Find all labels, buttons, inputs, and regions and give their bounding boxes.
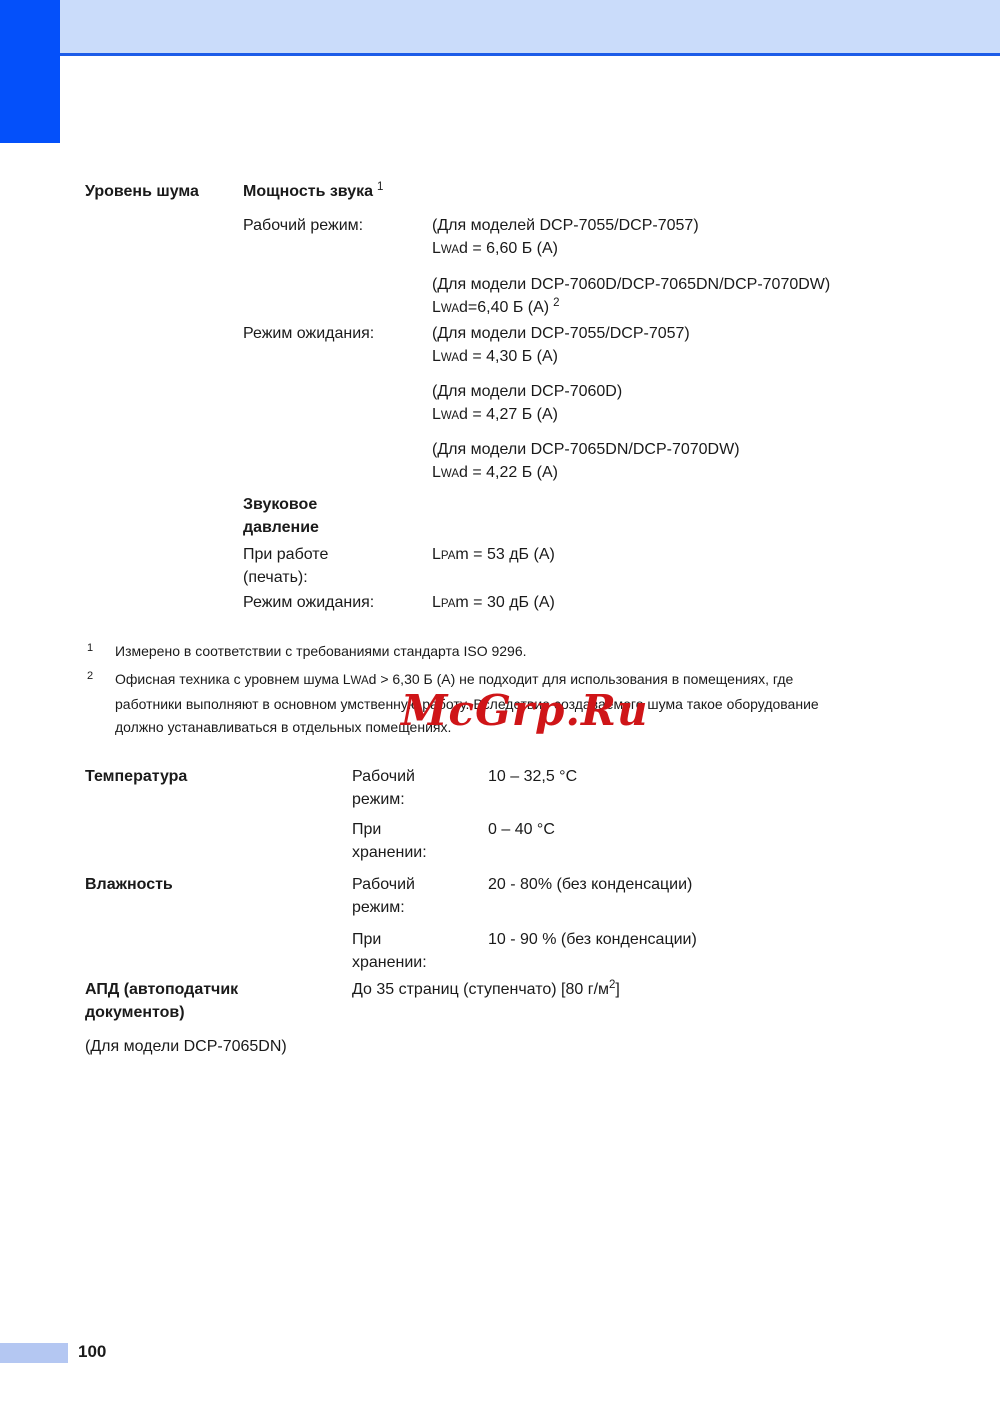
spec-name-adf: АПД (автоподатчик документов) <box>85 978 352 1024</box>
working-mode-label: Рабочий режим: <box>243 214 432 321</box>
noise-value-block: (Для модели DCP-7060D) LWAd = 4,27 Б (А) <box>432 380 987 428</box>
manual-page: Уровень шума Мощность звука1 Рабочий реж… <box>0 0 1000 1413</box>
spec-value: 10 – 32,5 °C <box>488 765 987 811</box>
noise-value-block: (Для моделей DCP-7055/DCP-7057) LWAd = 6… <box>432 214 987 262</box>
standby-mode-row: Режим ожидания: (Для модели DCP-7055/DCP… <box>85 322 987 486</box>
spec-label: Рабочий режим: <box>352 873 488 919</box>
adf-row: АПД (автоподатчик документов) До 35 стра… <box>85 978 987 1024</box>
watermark: McGrp.Ru <box>401 690 649 732</box>
spec-name-humidity: Влажность <box>85 873 352 919</box>
model-line: (Для модели DCP-7060D) <box>432 380 987 403</box>
value-line: LWAd = 4,22 Б (А) <box>432 461 987 486</box>
footnote-ref-2: 2 <box>553 297 559 309</box>
footnote-1-text: Измерено в соответствии с требованиями с… <box>115 643 527 659</box>
spec-value: 20 - 80% (без конденсации) <box>488 873 987 919</box>
footnote-1: 1 Измерено в соответствии с требованиями… <box>85 640 897 663</box>
value-line: LWAd = 4,27 Б (А) <box>432 403 987 428</box>
temperature-row-1: Температура Рабочий режим: 10 – 32,5 °C <box>85 765 987 811</box>
spec-label: При хранении: <box>352 818 488 864</box>
noise-value-block: (Для модели DCP-7060D/DCP-7065DN/DCP-707… <box>432 273 987 321</box>
value-line: LWAd=6,40 Б (А)2 <box>432 296 987 321</box>
noise-value-block: (Для модели DCP-7055/DCP-7057) LWAd = 4,… <box>432 322 987 370</box>
spec-name-temperature: Температура <box>85 765 352 811</box>
temperature-row-2: При хранении: 0 – 40 °C <box>85 818 987 864</box>
noise-header-row: Уровень шума Мощность звука1 <box>85 180 987 205</box>
humidity-row-2: При хранении: 10 - 90 % (без конденсации… <box>85 928 987 974</box>
spec-label: Рабочий режим: <box>352 765 488 811</box>
header-band <box>60 0 1000 53</box>
sound-pressure-row: Звуковое давление <box>85 493 987 539</box>
model-note: (Для модели DCP-7065DN) <box>85 1035 987 1058</box>
humidity-row-1: Влажность Рабочий режим: 20 - 80% (без к… <box>85 873 987 919</box>
spec-label: При хранении: <box>352 928 488 974</box>
sound-power-heading: Мощность звука1 <box>243 180 432 205</box>
standby-pressure-row: Режим ожидания: LPAm = 30 дБ (А) <box>85 591 987 616</box>
value-line: LPAm = 53 дБ (А) <box>432 543 987 589</box>
noise-section-title: Уровень шума <box>85 180 243 205</box>
model-line: (Для модели DCP-7060D/DCP-7065DN/DCP-707… <box>432 273 987 296</box>
printing-label: При работе (печать): <box>243 543 432 589</box>
spec-value: 0 – 40 °C <box>488 818 987 864</box>
sound-pressure-heading: Звуковое давление <box>243 493 432 539</box>
adf-value: До 35 страниц (ступенчато) [80 г/м2] <box>352 978 987 1024</box>
sound-power-heading-text: Мощность звука <box>243 183 373 200</box>
model-line: (Для модели DCP-7055/DCP-7057) <box>432 322 987 345</box>
noise-value-block: (Для модели DCP-7065DN/DCP-7070DW) LWAd … <box>432 438 987 486</box>
noise-section: Уровень шума Мощность звука1 Рабочий реж… <box>85 180 987 616</box>
printing-row: При работе (печать): LPAm = 53 дБ (А) <box>85 543 987 589</box>
standby-mode-label: Режим ожидания: <box>243 322 432 486</box>
adf-note-row: (Для модели DCP-7065DN) <box>85 1035 987 1058</box>
working-mode-row: Рабочий режим: (Для моделей DCP-7055/DCP… <box>85 214 987 321</box>
header-rule <box>60 53 1000 56</box>
page-number: 100 <box>78 1341 106 1363</box>
footer-bar <box>0 1343 68 1363</box>
footnote-2-marker: 2 <box>87 665 93 688</box>
value-line: LWAd = 4,30 Б (А) <box>432 345 987 370</box>
footnote-ref-1: 1 <box>377 181 383 193</box>
model-line: (Для модели DCP-7065DN/DCP-7070DW) <box>432 438 987 461</box>
spec-value: 10 - 90 % (без конденсации) <box>488 928 987 974</box>
specs-section: Температура Рабочий режим: 10 – 32,5 °C … <box>85 765 987 1058</box>
header-corner-block <box>0 0 60 143</box>
value-line: LWAd = 6,60 Б (А) <box>432 237 987 262</box>
footnote-1-marker: 1 <box>87 637 93 660</box>
value-line: LPAm = 30 дБ (А) <box>432 591 987 616</box>
standby-pressure-label: Режим ожидания: <box>243 591 432 616</box>
model-line: (Для моделей DCP-7055/DCP-7057) <box>432 214 987 237</box>
